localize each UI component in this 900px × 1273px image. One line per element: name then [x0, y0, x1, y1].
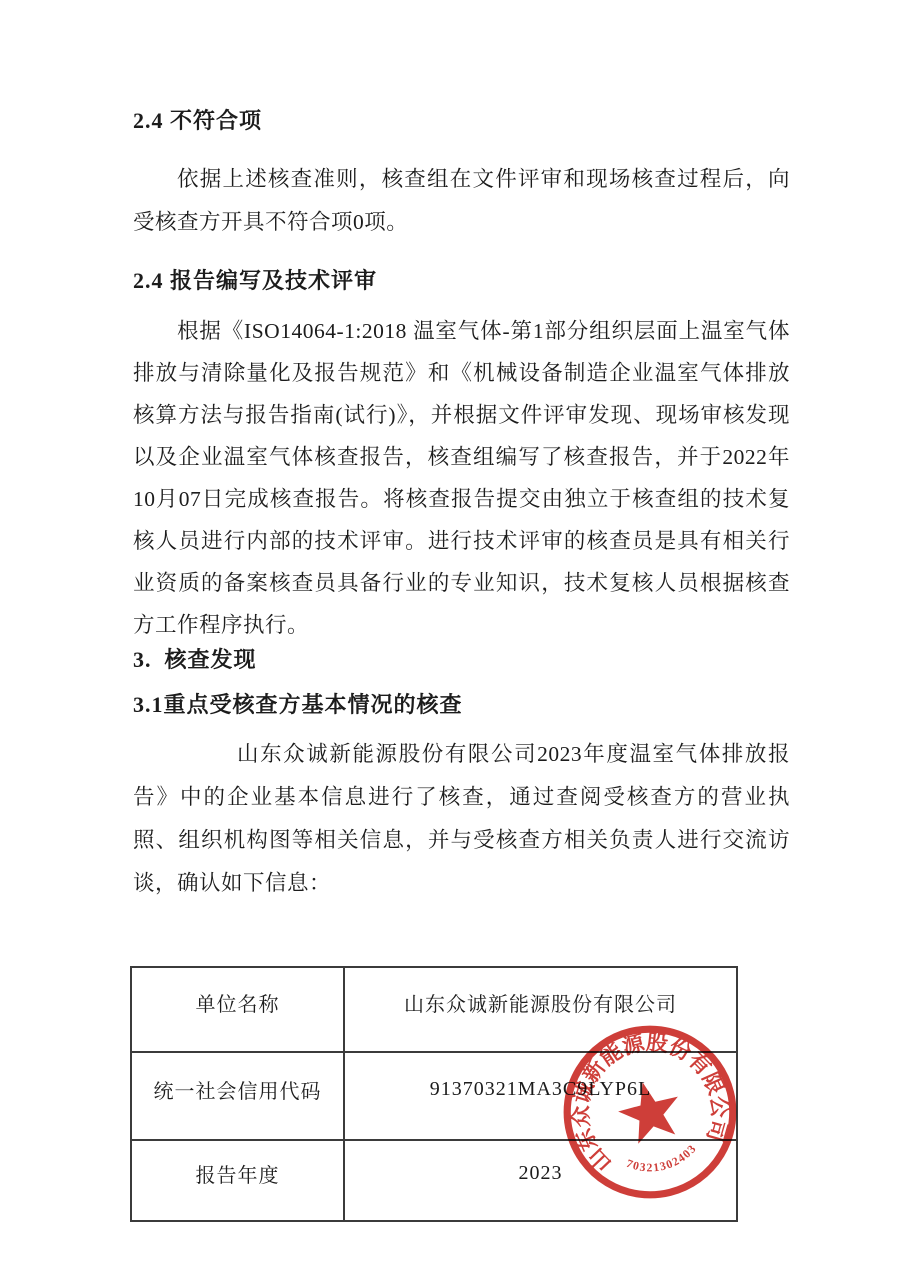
document-page: 2.4 不符合项 依据上述核查准则，核查组在文件评审和现场核查过程后，向受核查方… — [0, 0, 900, 1273]
company-name-value: 山东众诚新能源股份有限公司 — [344, 967, 737, 1052]
paragraph-basic-info-check: 山东众诚新能源股份有限公司2023年度温室气体排放报告》中的企业基本信息进行了核… — [133, 733, 790, 905]
company-name-label: 单位名称 — [131, 967, 344, 1052]
paragraph-report-review: 根据《ISO14064-1:2018 温室气体-第1部分组织层面上温室气体排放与… — [133, 310, 790, 646]
heading-report-review: 2.4 报告编写及技术评审 — [133, 264, 790, 295]
table-row-credit-code: 统一社会信用代码 91370321MA3C9LYP6L — [131, 1052, 737, 1140]
report-year-value: 2023 — [344, 1140, 737, 1221]
report-year-label: 报告年度 — [131, 1140, 344, 1221]
credit-code-value: 91370321MA3C9LYP6L — [344, 1052, 737, 1140]
paragraph-nonconformity: 依据上述核查准则，核查组在文件评审和现场核查过程后，向受核查方开具不符合项0项。 — [133, 158, 790, 244]
heading-basic-info-check: 3.1重点受核查方基本情况的核查 — [133, 688, 790, 719]
table-row-company-name: 单位名称 山东众诚新能源股份有限公司 — [131, 967, 737, 1052]
table-row-report-year: 报告年度 2023 — [131, 1140, 737, 1221]
credit-code-label: 统一社会信用代码 — [131, 1052, 344, 1140]
heading-nonconformity: 2.4 不符合项 — [133, 104, 790, 135]
company-info-table: 单位名称 山东众诚新能源股份有限公司 统一社会信用代码 91370321MA3C… — [130, 966, 738, 1222]
heading-findings: 3. 核查发现 — [133, 643, 790, 674]
